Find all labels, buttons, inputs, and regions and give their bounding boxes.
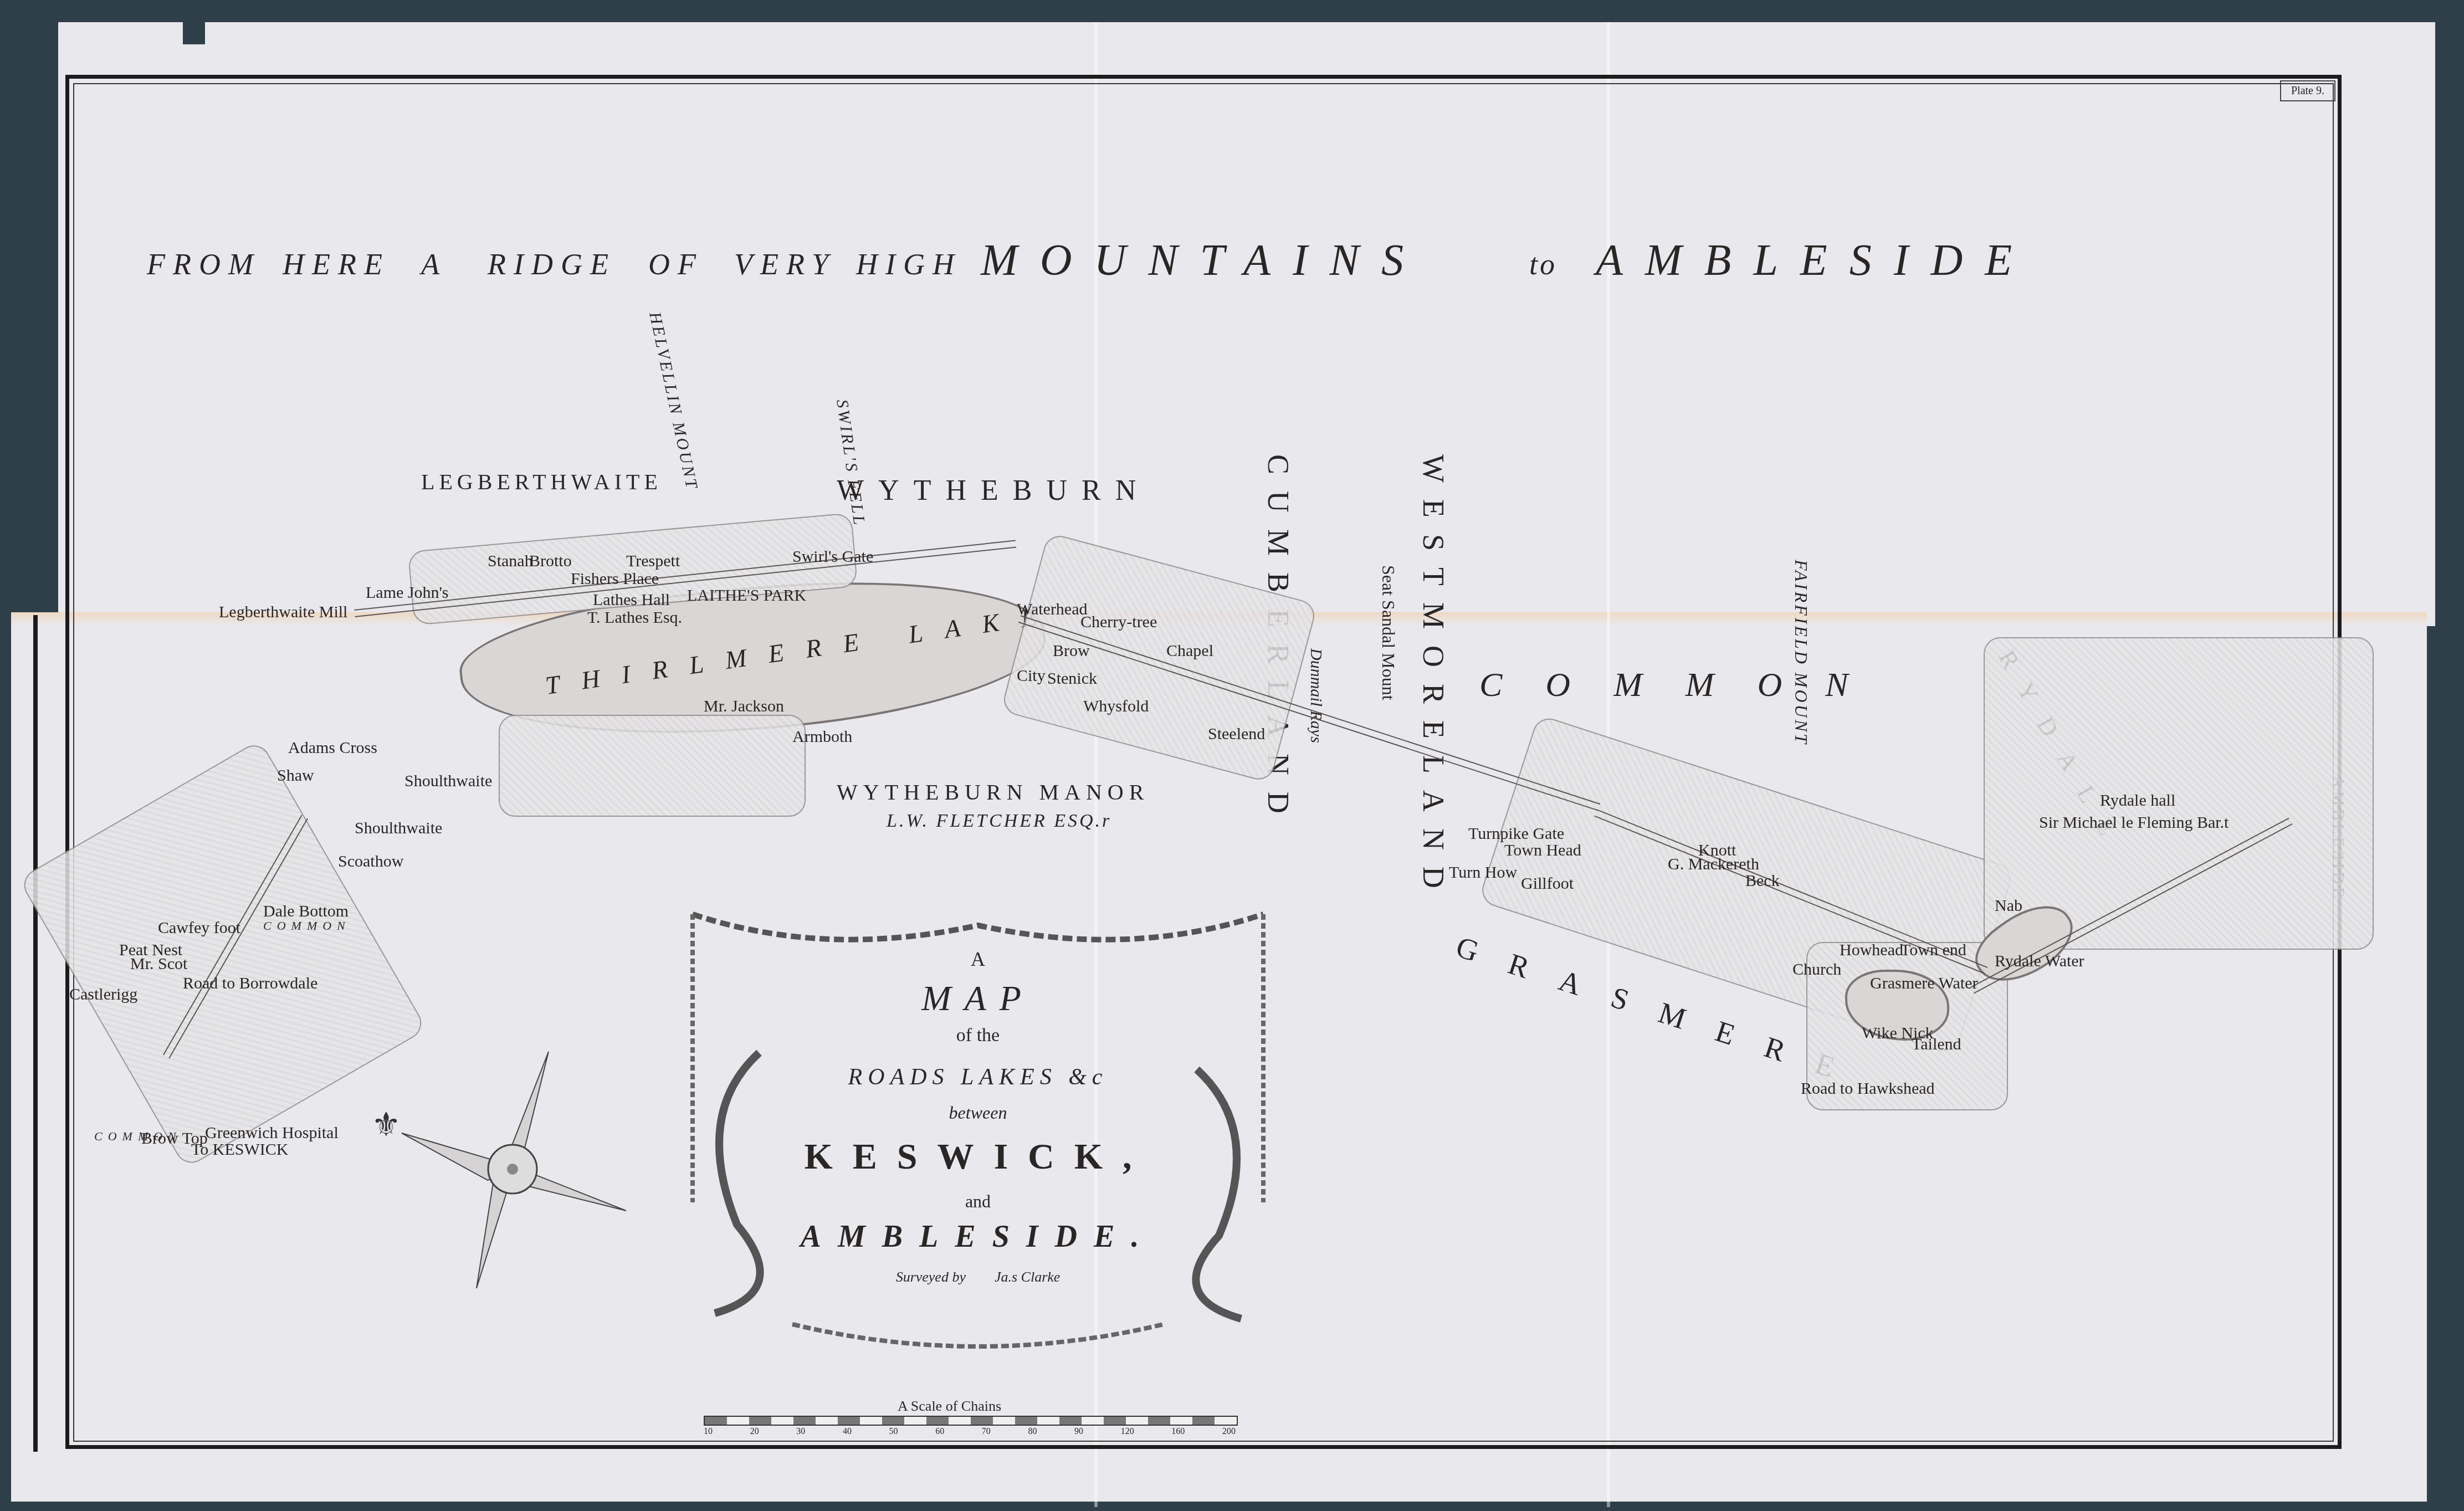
scale-tick-label: 50: [889, 1427, 898, 1437]
cartouche-map: MAP: [670, 978, 1285, 1019]
place-label: Shaw: [277, 767, 314, 784]
place-label: Beck: [1745, 873, 1780, 889]
place-label: Shoulthwaite: [404, 773, 492, 790]
scale-bar: [704, 1416, 1238, 1426]
place-label: Road to Hawkshead: [1801, 1080, 1935, 1097]
cartouche-of-the: of the: [670, 1025, 1285, 1046]
place-label: Waterhead: [1017, 601, 1088, 618]
place-label: Fishers Place: [571, 571, 659, 587]
banner-ambleside: AMBLESIDE: [1596, 238, 2034, 283]
place-label: Gillfoot: [1521, 875, 1574, 892]
place-label: Howhead: [1840, 942, 1903, 959]
wytheburn-label: WYTHEBURN: [837, 477, 1150, 505]
place-label: Steelend: [1208, 726, 1265, 742]
map-border-lower-left: [33, 615, 38, 1452]
place-label: Dale Bottom: [263, 903, 349, 920]
place-label: Castlerigg: [69, 986, 137, 1003]
place-label: Church: [1792, 961, 1841, 978]
place-label: Lame John's: [366, 585, 449, 601]
common-label: COMMON: [1479, 668, 1892, 702]
cartouche-between: between: [670, 1103, 1285, 1123]
cartouche-surveyor: Surveyed by Ja.s Clarke: [670, 1269, 1285, 1285]
surveyor-name: Ja.s Clarke: [995, 1269, 1060, 1285]
place-label: T. Lathes Esq.: [587, 609, 682, 626]
scale-labels: 102030405060708090120160200: [704, 1427, 1236, 1437]
place-label: Tailend: [1912, 1036, 1961, 1053]
fairfield-label: FAIRFIELD MOUNT: [1792, 560, 1810, 746]
field-area: [1984, 637, 2374, 950]
scale-tick-label: 80: [1028, 1427, 1037, 1437]
field-area: [499, 715, 806, 817]
banner-word: OF: [648, 249, 704, 279]
surveyed-by: Surveyed by: [896, 1269, 966, 1285]
place-label: Grasmere Water: [1870, 975, 1978, 992]
scale-title: A Scale of Chains: [898, 1399, 1001, 1413]
place-label: Stanah: [488, 553, 533, 570]
place-label: Adams Cross: [288, 740, 377, 756]
place-label: To KESWICK: [191, 1141, 288, 1158]
place-label: Turn How: [1449, 864, 1517, 881]
scale-tick-label: 90: [1074, 1427, 1083, 1437]
place-label: Chapel: [1166, 643, 1213, 659]
fletcher-label: L.W. FLETCHER ESQ.r: [887, 812, 1111, 831]
cartouche-a: A: [670, 947, 1285, 971]
cartouche-ambleside: AMBLESIDE.: [670, 1219, 1285, 1254]
westmoreland-label: WESTMORELAND: [1418, 454, 1448, 905]
place-label: Sir Michael le Fleming Bar.t: [2039, 815, 2229, 831]
place-label: Brow: [1053, 643, 1090, 659]
banner-word: A: [421, 249, 447, 279]
compass-rose-icon: ⚜: [355, 1042, 643, 1297]
place-label: Armboth: [792, 729, 852, 745]
banner-word: VERY: [734, 249, 836, 279]
place-label: Road to Borrowdale: [183, 975, 317, 992]
dunmail-label: Dunmail Rays: [1308, 648, 1324, 743]
place-label: Scoathow: [338, 853, 403, 870]
place-label: Town end: [1900, 942, 1966, 959]
place-label: Cherry-tree: [1080, 614, 1157, 631]
place-label: Turnpike Gate: [1468, 826, 1564, 842]
place-label: LAITHE'S PARK: [687, 587, 806, 604]
wytheburn-manor-label: WYTHEBURN MANOR: [837, 781, 1149, 803]
scale-tick-label: 20: [750, 1427, 759, 1437]
place-label: Nab: [1995, 898, 2022, 914]
place-label: Swirl's Gate: [792, 549, 873, 565]
svg-text:⚜: ⚜: [371, 1105, 401, 1144]
place-label: City: [1017, 668, 1046, 684]
banner-to: to: [1529, 249, 1557, 279]
scale-tick-label: 60: [935, 1427, 944, 1437]
place-label: Lathes Hall: [593, 592, 670, 608]
place-label: Brotto: [529, 553, 572, 570]
scale-tick-label: 70: [982, 1427, 991, 1437]
legberthwaite-label: LEGBERTHWAITE: [421, 471, 662, 493]
cartouche-keswick: KESWICK,: [670, 1136, 1285, 1178]
banner-word: HIGH: [856, 249, 962, 279]
place-label: Trespett: [626, 553, 680, 570]
place-label: Whysfold: [1083, 698, 1149, 715]
place-label: Mr. Jackson: [704, 698, 784, 715]
scale-tick-label: 40: [843, 1427, 852, 1437]
place-label: Shoulthwaite: [355, 820, 442, 837]
paper-tear: [183, 22, 205, 44]
banner-word: HERE: [283, 249, 390, 279]
scale-tick-label: 120: [1121, 1427, 1134, 1437]
scale-tick-label: 30: [796, 1427, 805, 1437]
plate-number: Plate 9.: [2280, 80, 2335, 101]
place-label: Cawfey foot: [158, 920, 240, 936]
common-label: COMMON: [263, 920, 351, 932]
cartouche-and: and: [670, 1191, 1285, 1212]
place-label: Rydale hall: [2100, 792, 2175, 809]
scale-tick-label: 200: [1222, 1427, 1236, 1437]
scale-tick-label: 160: [1171, 1427, 1185, 1437]
place-label: Legberthwaite Mill: [219, 604, 347, 621]
seat-sandal-label: Seat Sandal Mount: [1380, 565, 1397, 700]
place-label: Mr. Scot: [130, 956, 187, 972]
common-label: COMMON: [94, 1130, 182, 1143]
scale-tick-label: 10: [704, 1427, 713, 1437]
place-label: Town Head: [1504, 842, 1581, 859]
place-label: G. Mackereth: [1668, 856, 1759, 873]
cartouche-roads: ROADS LAKES &c: [670, 1064, 1285, 1090]
banner-word: FROM: [147, 249, 261, 279]
banner-word: RIDGE: [488, 249, 616, 279]
place-label: Greenwich Hospital: [205, 1125, 339, 1141]
title-cartouche: A MAP of the ROADS LAKES &c between KESW…: [670, 892, 1285, 1391]
place-label: Rydale Water: [1995, 953, 2084, 970]
place-label: Stenick: [1047, 670, 1097, 687]
banner-mountains: MOUNTAINS: [981, 238, 1426, 283]
